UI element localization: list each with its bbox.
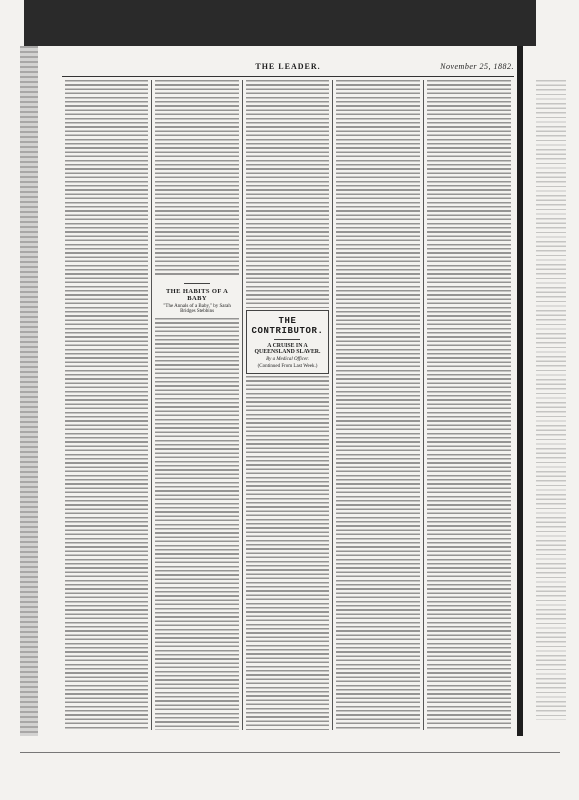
- divider: [184, 283, 210, 284]
- baby-article-header: THE HABITS OF A BABY "The Annals of a Ba…: [155, 276, 238, 318]
- column-3: THE CONTRIBUTOR. A CRUISE IN A QUEENSLAN…: [243, 80, 333, 730]
- page-bottom-rule: [20, 752, 560, 753]
- body-text: [246, 376, 329, 730]
- article-byline: By a Medical Officer.: [247, 357, 328, 362]
- column-5: [424, 80, 514, 730]
- scan-dark-band: [24, 0, 536, 46]
- column-2: THE HABITS OF A BABY "The Annals of a Ba…: [152, 80, 242, 730]
- columns: THE HABITS OF A BABY "The Annals of a Ba…: [62, 80, 514, 730]
- binding-gutter: [517, 46, 523, 736]
- article-title: A CRUISE IN A QUEENSLAND SLAVER.: [247, 343, 328, 355]
- body-text: [155, 80, 238, 276]
- section-heading: THE CONTRIBUTOR.: [247, 316, 328, 336]
- baby-article-lead: "The Annals of a Baby," by Sarah Bridges…: [155, 304, 238, 314]
- masthead: THE LEADER. November 25, 1882.: [62, 58, 514, 74]
- adjacent-page-text: [536, 80, 566, 720]
- body-text: [427, 80, 511, 730]
- column-4: [333, 80, 423, 730]
- baby-article-heading: THE HABITS OF A BABY: [155, 288, 238, 302]
- continued-note: (Continued From Last Week.): [247, 364, 328, 369]
- page-left-edge: [20, 46, 38, 736]
- masthead-rule: [62, 76, 514, 77]
- body-text: [65, 80, 148, 730]
- body-text: [246, 80, 329, 308]
- body-text: [336, 80, 419, 730]
- newspaper-title: THE LEADER.: [62, 62, 514, 71]
- divider: [274, 339, 300, 340]
- contributor-article-header: THE CONTRIBUTOR. A CRUISE IN A QUEENSLAN…: [246, 310, 329, 374]
- column-1: [62, 80, 152, 730]
- body-text: [155, 318, 238, 730]
